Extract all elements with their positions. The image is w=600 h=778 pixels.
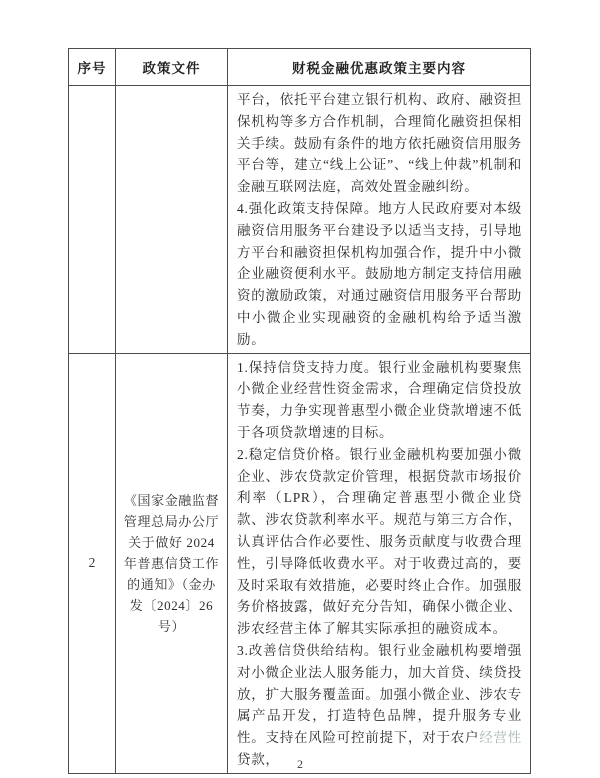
policy-content-cell: 平台，依托平台建立银行机构、政府、融资担保机构等多方合作机制，合理简化融资担保相…: [228, 86, 531, 354]
content-paragraph: 1.保持信贷支持力度。银行业金融机构要聚焦小微企业经营性资金需求，合理确定信贷投…: [237, 357, 522, 444]
serial-cell: 2: [69, 353, 116, 773]
document-page: 序号 政策文件 财税金融优惠政策主要内容 平台，依托平台建立银行机构、政府、融资…: [0, 0, 600, 778]
header-policy-content: 财税金融优惠政策主要内容: [228, 49, 531, 86]
faded-text: 经营性: [479, 730, 522, 745]
table-header-row: 序号 政策文件 财税金融优惠政策主要内容: [69, 49, 531, 86]
policy-document-cell: 《国家金融监督管理总局办公厅关于做好 2024 年普惠信贷工作的通知》（金办发〔…: [116, 353, 228, 773]
serial-cell: [69, 86, 116, 354]
table-row-2: 2 《国家金融监督管理总局办公厅关于做好 2024 年普惠信贷工作的通知》（金办…: [69, 353, 531, 773]
policy-document-cell: [116, 86, 228, 354]
header-serial: 序号: [69, 49, 116, 86]
content-paragraph: 4.强化政策支持保障。地方人民政府要对本级融资信用服务平台建设予以适当支持，引导…: [237, 198, 522, 351]
content-paragraph: 2.稳定信贷价格。银行业金融机构要加强小微企业、涉农贷款定价管理，根据贷款市场报…: [237, 444, 522, 640]
policy-table: 序号 政策文件 财税金融优惠政策主要内容 平台，依托平台建立银行机构、政府、融资…: [68, 48, 531, 774]
header-policy-document: 政策文件: [116, 49, 228, 86]
page-number: 2: [0, 757, 600, 772]
table-row-continuation: 平台，依托平台建立银行机构、政府、融资担保机构等多方合作机制，合理简化融资担保相…: [69, 86, 531, 354]
content-paragraph: 平台，依托平台建立银行机构、政府、融资担保机构等多方合作机制，合理简化融资担保相…: [237, 89, 522, 198]
policy-content-cell: 1.保持信贷支持力度。银行业金融机构要聚焦小微企业经营性资金需求，合理确定信贷投…: [228, 353, 531, 773]
content-paragraph: 3.改善信贷供给结构。银行业金融机构要增强对小微企业法人服务能力，加大首贷、续贷…: [237, 640, 522, 771]
